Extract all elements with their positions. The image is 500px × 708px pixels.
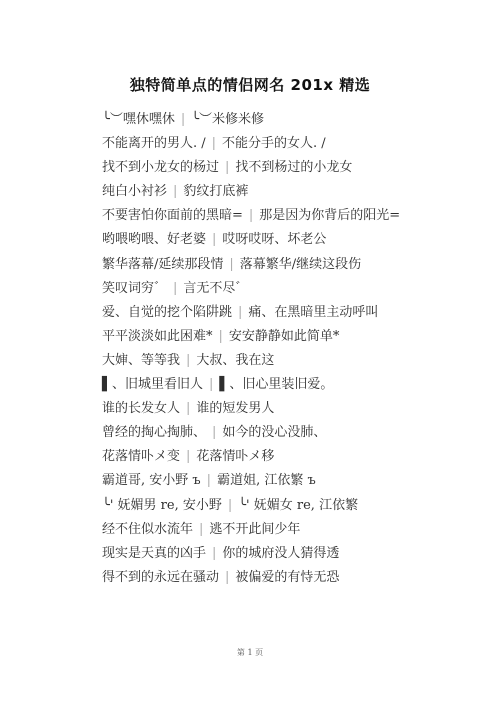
nickname-pair: 现实是天真的凶手|你的城府没人猜得透 [102,542,440,566]
nickname-left: 曾经的掏心掏肺、 [102,425,206,440]
nickname-pair: 不能离开的男人. /|不能分手的女人. / [102,132,440,156]
nickname-left: 不能离开的男人. / [102,136,206,151]
nickname-left: 不要害怕你面前的黑暗= [102,208,243,223]
separator: | [225,570,229,585]
nickname-pair: 不要害怕你面前的黑暗=|那是因为你背后的阳光= [102,204,440,228]
nickname-pair: 找不到小龙女的杨过|找不到杨过的小龙女 [102,156,440,180]
separator: | [186,449,190,464]
nickname-left: 爱、自觉的挖个陷阱跳 [102,305,232,320]
nickname-pair: 繁华落幕/延续那段情|落幕繁华/继续这段伤 [102,253,440,277]
nickname-left: 大婶、等等我 [102,353,180,368]
nickname-pair: ▌、旧城里看旧人|▌、旧心里装旧爱。 [102,373,440,397]
nickname-left: ╰︶嘿休嘿休 [102,112,175,127]
separator: | [238,305,242,320]
nickname-right: 霸道姐, 江依繁 ъ [217,473,316,488]
separator: | [207,473,211,488]
nickname-pair: 大婶、等等我|大叔、我在这 [102,349,440,373]
separator: | [186,401,190,416]
separator: | [219,329,223,344]
nickname-right: 找不到杨过的小龙女 [235,160,352,175]
nickname-right: ╰︶米修米修 [191,112,264,127]
nickname-left: ▌、旧城里看旧人 [102,377,203,392]
nickname-left: 得不到的永远在骚动 [102,570,219,585]
nickname-left: 经不住似水流年 [102,522,193,537]
nickname-right: ▌、旧心里装旧爱。 [219,377,333,392]
nickname-pair: 经不住似水流年|逃不开此间少年 [102,518,440,542]
nickname-left: 谁的长发女人 [102,401,180,416]
separator: | [249,208,253,223]
separator: | [173,281,177,296]
separator: | [186,353,190,368]
separator: | [212,136,216,151]
nickname-left: ╰' 妩媚男 re, 安小野 [102,498,222,513]
nickname-right: 言无不尽゛ [183,281,248,296]
nickname-pair: 纯白小衬衫|豹纹打底裤 [102,180,440,204]
nickname-pair: ╰︶嘿休嘿休|╰︶米修米修 [102,108,440,132]
separator: | [212,546,216,561]
separator: | [212,232,216,247]
nickname-pair: 花落情卟メ变|花落情卟メ移 [102,445,440,469]
nickname-right: ╰' 妩媚女 re, 江依繁 [238,498,358,513]
separator: | [228,498,232,513]
nickname-pair: 谁的长发女人|谁的短发男人 [102,397,440,421]
nickname-pair: 哟喂哟喂、好老婆|哎呀哎呀、坏老公 [102,228,440,252]
nickname-right: 你的城府没人猜得透 [222,546,339,561]
nickname-right: 豹纹打底裤 [183,184,248,199]
nickname-left: 平平淡淡如此困难* [102,329,213,344]
nickname-right: 落幕繁华/继续这段伤 [240,257,361,272]
nickname-left: 霸道哥, 安小野 ъ [102,473,201,488]
separator: | [173,184,177,199]
nickname-pair: 笑叹词穷゛|言无不尽゛ [102,277,440,301]
nickname-left: 现实是天真的凶手 [102,546,206,561]
document-title: 独特简单点的情侣网名 201x 精选 [0,74,500,95]
nickname-right: 大叔、我在这 [196,353,274,368]
nickname-list: ╰︶嘿休嘿休|╰︶米修米修不能离开的男人. /|不能分手的女人. /找不到小龙女… [102,108,440,590]
nickname-left: 繁华落幕/延续那段情 [102,257,223,272]
nickname-left: 花落情卟メ变 [102,449,180,464]
nickname-left: 笑叹词穷゛ [102,281,167,296]
nickname-left: 纯白小衬衫 [102,184,167,199]
nickname-pair: 曾经的掏心掏肺、|如今的没心没肺、 [102,421,440,445]
separator: | [212,425,216,440]
nickname-left: 哟喂哟喂、好老婆 [102,232,206,247]
nickname-right: 如今的没心没肺、 [222,425,326,440]
nickname-right: 安安静静如此简单* [229,329,340,344]
nickname-right: 不能分手的女人. / [222,136,326,151]
nickname-right: 谁的短发男人 [196,401,274,416]
separator: | [229,257,233,272]
page-number: 第 1 页 [0,647,500,658]
nickname-pair: ╰' 妩媚男 re, 安小野|╰' 妩媚女 re, 江依繁 [102,494,440,518]
separator: | [209,377,213,392]
nickname-pair: 平平淡淡如此困难*|安安静静如此简单* [102,325,440,349]
nickname-right: 逃不开此间少年 [209,522,300,537]
separator: | [199,522,203,537]
nickname-pair: 得不到的永远在骚动|被偏爱的有恃无恐 [102,566,440,590]
nickname-right: 哎呀哎呀、坏老公 [222,232,326,247]
nickname-pair: 爱、自觉的挖个陷阱跳|痛、在黑暗里主动呼叫 [102,301,440,325]
nickname-right: 被偏爱的有恃无恐 [235,570,339,585]
nickname-right: 花落情卟メ移 [196,449,274,464]
nickname-right: 那是因为你背后的阳光= [259,208,400,223]
separator: | [225,160,229,175]
nickname-right: 痛、在黑暗里主动呼叫 [248,305,378,320]
nickname-left: 找不到小龙女的杨过 [102,160,219,175]
separator: | [181,112,185,127]
nickname-pair: 霸道哥, 安小野 ъ|霸道姐, 江依繁 ъ [102,469,440,493]
